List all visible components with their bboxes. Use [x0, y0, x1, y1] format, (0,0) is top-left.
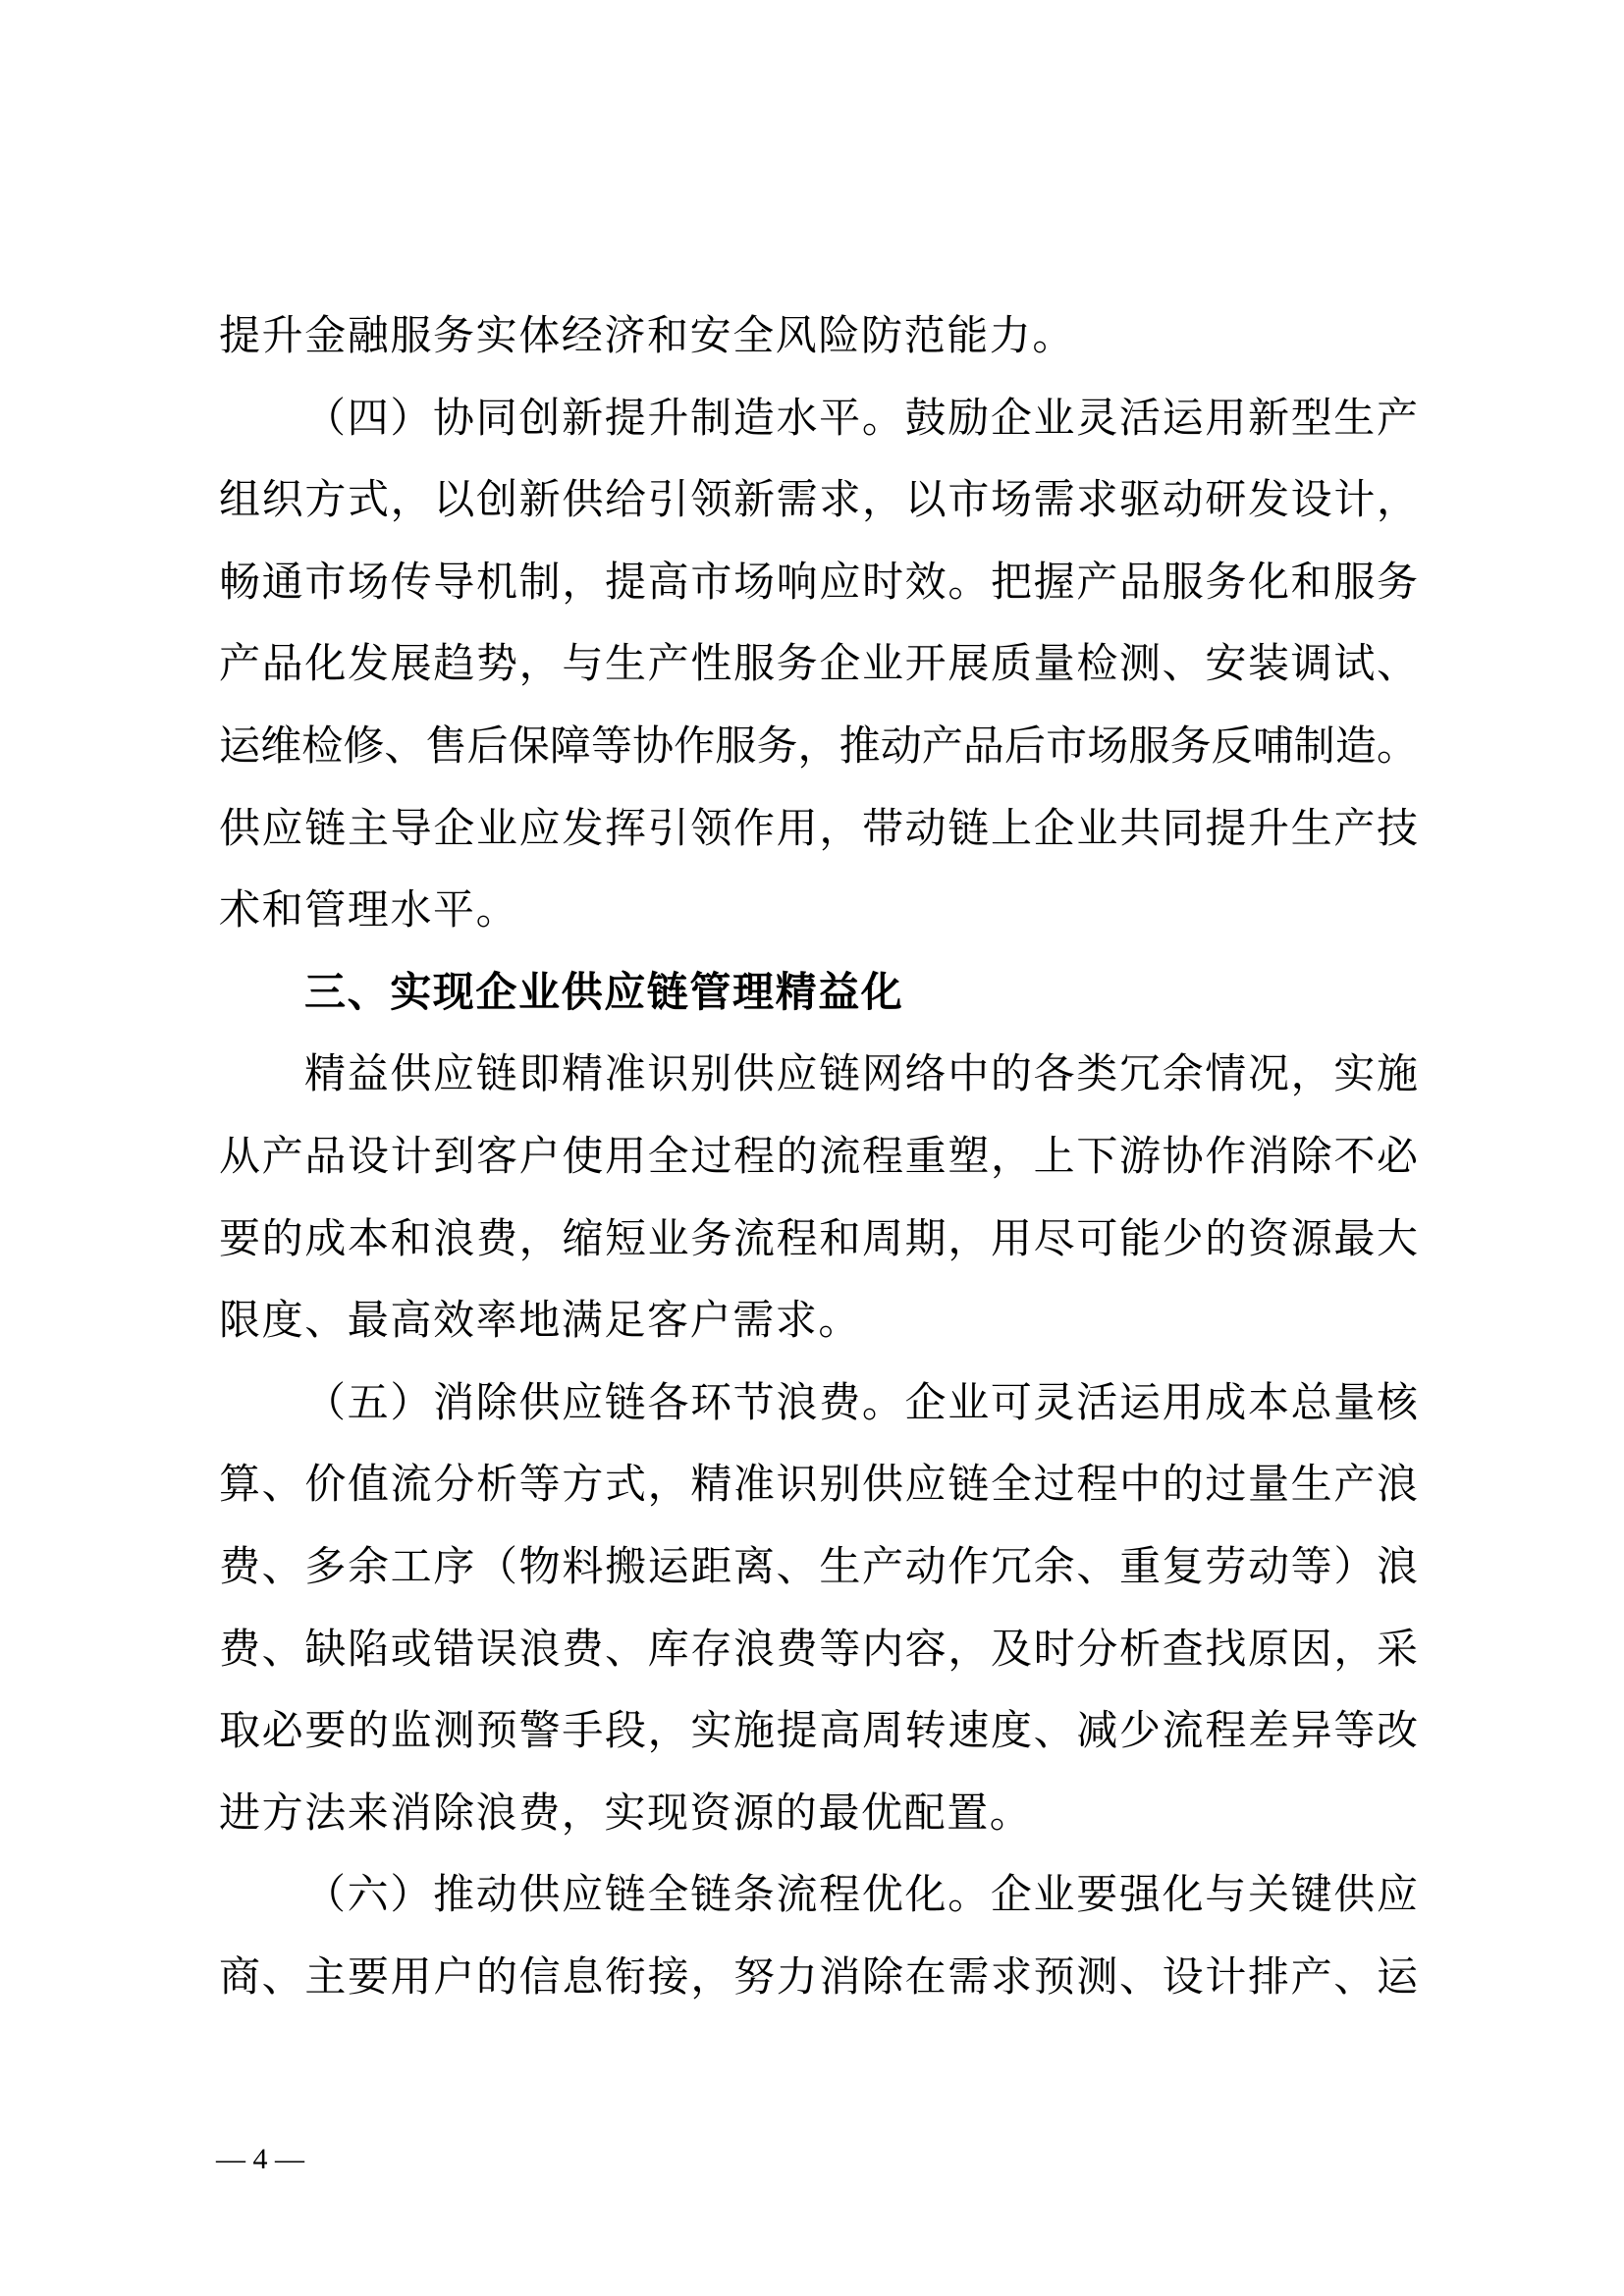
text-line: 组织方式，以创新供给引领新需求，以市场需求驱动研发设计，	[219, 458, 1418, 541]
text-line: 限度、最高效率地满足客户需求。	[219, 1279, 1418, 1362]
text-line: 运维检修、售后保障等协作服务，推动产品后市场服务反哺制造。	[219, 705, 1418, 787]
paragraph-section-4: （四）协同创新提升制造水平。鼓励企业灵活运用新型生产 组织方式，以创新供给引领新…	[219, 377, 1418, 951]
text-line: 费、缺陷或错误浪费、库存浪费等内容，及时分析查找原因，采	[219, 1608, 1418, 1690]
text-line: 费、多余工序（物料搬运距离、生产动作冗余、重复劳动等）浪	[219, 1525, 1418, 1608]
text-line: 进方法来消除浪费，实现资源的最优配置。	[219, 1772, 1418, 1854]
text-line: 产品化发展趋势，与生产性服务企业开展质量检测、安装调试、	[219, 622, 1418, 705]
text-line: 术和管理水平。	[219, 869, 1418, 951]
text-line: （五）消除供应链各环节浪费。企业可灵活运用成本总量核	[219, 1362, 1418, 1444]
paragraph-continuation: 提升金融服务实体经济和安全风险防范能力。	[219, 294, 1418, 377]
heading-text: 三、实现企业供应链管理精益化	[219, 951, 1418, 1034]
text-line: （四）协同创新提升制造水平。鼓励企业灵活运用新型生产	[219, 377, 1418, 459]
text-line: 提升金融服务实体经济和安全风险防范能力。	[219, 294, 1418, 377]
page-number: — 4 —	[216, 2140, 304, 2179]
text-line: 算、价值流分析等方式，精准识别供应链全过程中的过量生产浪	[219, 1443, 1418, 1525]
text-line: （六）推动供应链全链条流程优化。企业要强化与关键供应	[219, 1853, 1418, 1936]
text-line: 要的成本和浪费，缩短业务流程和周期，用尽可能少的资源最大	[219, 1198, 1418, 1280]
section-heading: 三、实现企业供应链管理精益化	[219, 951, 1418, 1034]
paragraph-lean-intro: 精益供应链即精准识别供应链网络中的各类冗余情况，实施 从产品设计到客户使用全过程…	[219, 1033, 1418, 1361]
paragraph-section-6: （六）推动供应链全链条流程优化。企业要强化与关键供应 商、主要用户的信息衔接，努…	[219, 1853, 1418, 2017]
text-line: 取必要的监测预警手段，实施提高周转速度、减少流程差异等改	[219, 1689, 1418, 1772]
paragraph-section-5: （五）消除供应链各环节浪费。企业可灵活运用成本总量核 算、价值流分析等方式，精准…	[219, 1362, 1418, 1854]
document-page: 提升金融服务实体经济和安全风险防范能力。 （四）协同创新提升制造水平。鼓励企业灵…	[219, 294, 1418, 2017]
text-line: 供应链主导企业应发挥引领作用，带动链上企业共同提升生产技	[219, 787, 1418, 870]
text-line: 从产品设计到客户使用全过程的流程重塑，上下游协作消除不必	[219, 1115, 1418, 1198]
text-line: 精益供应链即精准识别供应链网络中的各类冗余情况，实施	[219, 1033, 1418, 1115]
text-line: 畅通市场传导机制，提高市场响应时效。把握产品服务化和服务	[219, 541, 1418, 623]
text-line: 商、主要用户的信息衔接，努力消除在需求预测、设计排产、运	[219, 1936, 1418, 2018]
